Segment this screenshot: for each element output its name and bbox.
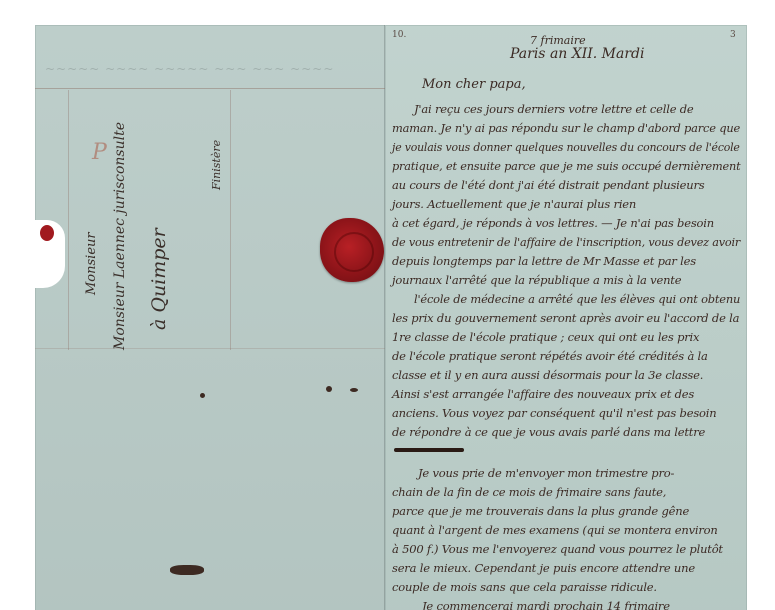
ink-stain bbox=[170, 565, 204, 575]
letter-line: à cet égard, je réponds à vos lettres. —… bbox=[392, 216, 714, 230]
letter-line: quant à l'argent de mes examens (qui se … bbox=[392, 523, 718, 537]
crossed-out-text bbox=[394, 448, 464, 452]
address-line-2: Monsieur Laennec jurisconsulte bbox=[112, 122, 128, 350]
date-superscript: 7 frimaire bbox=[530, 34, 586, 47]
letter-line: J'ai reçu ces jours derniers votre lettr… bbox=[414, 102, 694, 116]
letter-line: de l'école pratique seront répétés avoir… bbox=[392, 349, 708, 363]
bleed-through-text: ~~~~~ ~~~~ ~~~~~ ~~~ ~~~ ~~~~ bbox=[45, 62, 334, 76]
address-line-1: Monsieur bbox=[84, 232, 99, 295]
letter-line: les prix du gouvernement seront après av… bbox=[392, 311, 739, 325]
letter-line: jours. Actuellement que je n'aurai plus … bbox=[392, 197, 636, 211]
broken-wax-seal-fragment bbox=[40, 225, 54, 241]
letter-line: couple de mois sans que cela paraisse ri… bbox=[392, 580, 657, 594]
address-panel: Monsieur Monsieur Laennec jurisconsulte … bbox=[70, 95, 250, 345]
letter-line: depuis longtemps par la lettre de Mr Mas… bbox=[392, 254, 696, 268]
letter-line: Je commencerai mardi prochain 14 frimair… bbox=[422, 599, 670, 610]
fold-line-top bbox=[35, 88, 385, 89]
fold-line-left bbox=[68, 90, 69, 350]
letter-line: anciens. Vous voyez par conséquent qu'il… bbox=[392, 406, 716, 420]
letter-line: 1re classe de l'école pratique ; ceux qu… bbox=[392, 330, 699, 344]
address-line-3: à Quimper bbox=[148, 228, 170, 330]
letter-line: journaux l'arrêté que la république a mi… bbox=[392, 273, 681, 287]
letter-line: maman. Je n'y ai pas répondu sur le cham… bbox=[392, 121, 740, 135]
letter-line: de vous entretenir de l'affaire de l'ins… bbox=[392, 235, 740, 249]
address-line-4: Finistère bbox=[210, 140, 223, 190]
ink-speck bbox=[200, 393, 205, 398]
letter-line: au cours de l'été dont j'ai été distrait… bbox=[392, 178, 704, 192]
letter-line: sera le mieux. Cependant je puis encore … bbox=[392, 561, 695, 575]
letter-line: à 500 f.) Vous me l'envoyerez quand vous… bbox=[392, 542, 723, 556]
letter-line: Je vous prie de m'envoyer mon trimestre … bbox=[418, 466, 674, 480]
letter-line: je voulais vous donner quelques nouvelle… bbox=[392, 140, 740, 154]
letter-line: parce que je me trouverais dans la plus … bbox=[392, 504, 689, 518]
red-wax-seal bbox=[320, 218, 384, 282]
letter-line: chain de la fin de ce mois de frimaire s… bbox=[392, 485, 666, 499]
letter-line: l'école de médecine a arrêté que les élè… bbox=[414, 292, 740, 306]
page-number: 10. bbox=[392, 30, 406, 40]
page-number: 3 bbox=[730, 30, 736, 40]
letter-line: de répondre à ce que je vous avais parlé… bbox=[392, 425, 705, 439]
ink-speck bbox=[326, 386, 332, 392]
letter-line: classe et il y en aura aussi désormais p… bbox=[392, 368, 703, 382]
letter-line: pratique, et ensuite parce que je me sui… bbox=[392, 159, 740, 173]
letter-dateline: 7 frimaire Paris an XII. Mardi bbox=[510, 46, 645, 62]
salutation: Mon cher papa, bbox=[422, 77, 526, 92]
date-text: Paris an XII. Mardi bbox=[510, 46, 645, 62]
fold-line-middle bbox=[35, 348, 385, 349]
ink-speck bbox=[350, 388, 358, 392]
letter-line: Ainsi s'est arrangée l'affaire des nouve… bbox=[392, 387, 694, 401]
